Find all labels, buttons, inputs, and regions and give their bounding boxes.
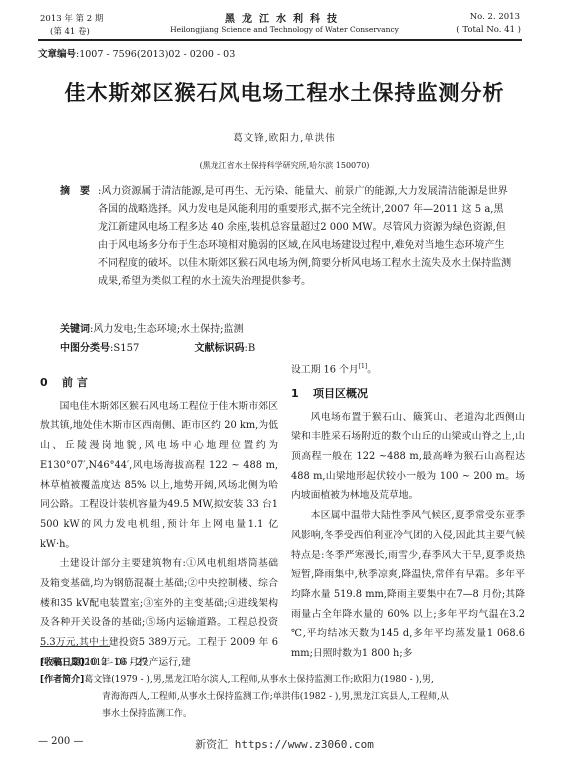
total-issue-number: ( Total No. 41 ) [456,25,521,35]
section-number: 1 [291,384,313,404]
section-title: 前 言 [62,376,88,389]
right-column: 设工期 16 个月[1]。 1项目区概况 风电场布置于猴石山、簸箕山、老道沟北西… [291,357,525,664]
clc-value: :S157 [110,343,139,354]
keywords-label: 关键词 [60,324,90,335]
body-paragraph: 国电佳木斯郊区猴石风电场工程位于佳木斯市郊区敖其镇,地处佳木斯市区西南侧、距市区… [40,397,278,555]
watermark-url: https://www.z3060.com [228,738,374,751]
keywords-value: :风力发电;生态环境;水土保持;监测 [90,324,243,335]
footnote-divider [40,646,110,647]
left-column: 0前 言 国电佳木斯郊区猴石风电场工程位于佳木斯市郊区敖其镇,地处佳木斯市区西南… [40,372,278,673]
body-paragraph: 本区属中温带大陆性季风气候区,夏季常受东亚季风影响,冬季受西伯利亚冷气团的入侵,… [291,506,525,664]
body-paragraph: 风电场布置于猴石山、簸箕山、老道沟北西侧山梁和丰胜采石场附近的数个山丘的山梁或山… [291,408,525,507]
footnotes: [收稿日期]2012 - 06 - 27 [作者简介]葛文锋(1979 - ),… [40,655,530,723]
section-number: 0 [40,373,62,393]
body-paragraph-continuation: 设工期 16 个月[1]。 [291,357,525,380]
author-bio: [作者简介]葛文锋(1979 - ),男,黑龙江哈尔滨人,工程师,从事水土保持监… [40,672,530,689]
received-date: [收稿日期]2012 - 06 - 27 [40,655,530,672]
abstract-text: :风力资源属于清洁能源,是可再生、无污染、能量大、前景广的能源,大力发展清洁能源… [98,183,512,291]
classification: 中图分类号:S157 文献标识码:B [60,339,255,354]
section-title: 项目区概况 [313,387,368,400]
section-heading-preface: 0前 言 [40,373,278,393]
doc-code-value: :B [245,343,256,354]
doc-code-label: 文献标识码 [195,343,245,354]
watermark: 新资汇 https://www.z3060.com [0,736,569,752]
affiliation: (黑龙江省水土保持科学研究所,哈尔滨 150070) [0,160,569,171]
article-number: 文章编号:1007 - 7596(2013)02 - 0200 - 03 [38,46,235,60]
section-heading-project-overview: 1项目区概况 [291,384,525,404]
header-divider [38,39,522,41]
article-number-value: :1007 - 7596(2013)02 - 0200 - 03 [76,49,235,60]
issue-number-en: No. 2. 2013 [470,12,520,22]
keywords: 关键词:风力发电;生态环境;水土保持;监测 [60,320,243,335]
author-bio-line: 青海海西人,工程师,从事水土保持监测工作;单洪伟(1982 - ),男,黑龙江宾… [40,689,530,706]
clc-label: 中图分类号 [60,343,110,354]
article-number-label: 文章编号 [38,49,76,60]
paper-title: 佳木斯郊区猴石风电场工程水土保持监测分析 [0,77,569,107]
authors: 葛文锋,欧阳力,单洪伟 [0,130,569,144]
abstract-label: 摘要 [60,183,100,201]
abstract: 摘要 :风力资源属于清洁能源,是可再生、无污染、能量大、前景广的能源,大力发展清… [60,183,512,291]
citation-ref: [1] [359,363,368,370]
author-bio-line: 事水土保持监测工作。 [40,706,530,723]
